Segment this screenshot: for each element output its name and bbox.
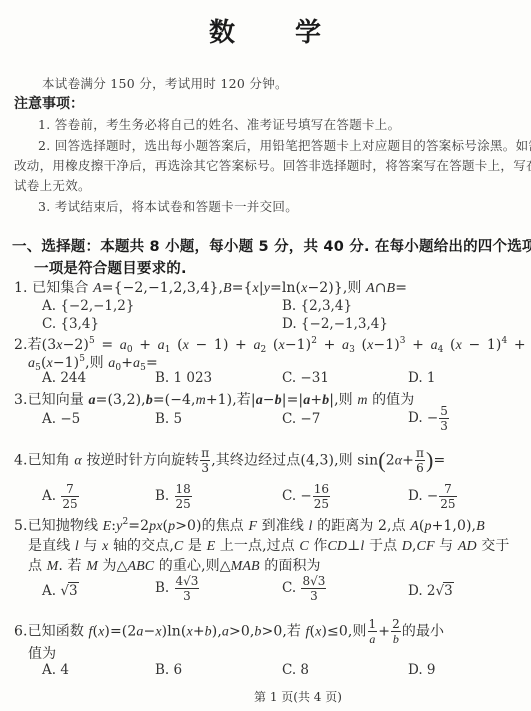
text: 已知函数 <box>28 624 89 640</box>
question-number: 1. <box>14 280 28 296</box>
question-5-stem: 5.已知抛物线 E:y2=2px(p>0)的焦点 F 到准线 l 的距离为 2,… <box>14 515 485 535</box>
text: 已知角 <box>28 453 75 469</box>
text: 已知集合 <box>32 280 93 296</box>
text: ,其终边经过点(4,3),则 sin <box>211 453 378 469</box>
text: 若(3 <box>28 337 57 353</box>
question-1-option-d[interactable]: D. {−2,−1,3,4} <box>282 316 388 332</box>
notice-heading: 注意事项： <box>14 93 84 113</box>
text: 是直线 <box>28 538 75 554</box>
question-number: 5. <box>14 518 28 534</box>
question-number: 2. <box>14 337 28 353</box>
question-1-option-c[interactable]: C. {3,4} <box>42 316 99 332</box>
text: =(3,2), <box>96 392 146 408</box>
question-2-option-a[interactable]: A. 244 <box>42 370 86 386</box>
text: 已知抛物线 <box>28 518 103 534</box>
question-6-option-c[interactable]: C. 8 <box>282 662 309 678</box>
question-2-stem-cont: a5(x−1)5,则 a0+a5= <box>28 352 158 372</box>
question-number: 6. <box>14 624 28 640</box>
question-5-option-c[interactable]: C. 8√33 <box>282 574 327 603</box>
notice-item-3: 3. 考试结束后，将本试卷和答题卡一并交回。 <box>38 197 298 215</box>
fraction: 53 <box>439 404 449 433</box>
text: 的最小 <box>402 624 444 640</box>
fraction: 2b <box>391 617 401 646</box>
question-3-option-c[interactable]: C. −7 <box>282 411 320 427</box>
fraction: 1a <box>368 617 378 646</box>
text: 到准线 <box>257 518 308 534</box>
text: ={ <box>232 280 253 296</box>
question-5-option-a[interactable]: A. √3 <box>42 583 79 599</box>
text: 按逆时针方向旋转 <box>82 453 199 469</box>
text: −2) <box>63 337 89 353</box>
text: ,则 <box>85 355 108 371</box>
question-2-option-b[interactable]: B. 1 023 <box>155 370 212 386</box>
fraction: π6 <box>415 446 425 475</box>
question-5-option-d[interactable]: D. 2√3 <box>408 583 454 599</box>
text: −2)},则 <box>307 280 366 296</box>
text: 上一点,过点 <box>215 538 299 554</box>
notice-item-1: 1. 答卷前，考生务必将自己的姓名、准考证号填写在答题卡上。 <box>38 115 400 133</box>
question-number: 4. <box>14 453 28 469</box>
text: 与 <box>435 538 458 554</box>
text: |,则 <box>329 392 357 408</box>
text: = <box>395 280 407 296</box>
text: + <box>310 392 322 408</box>
text: |=| <box>282 392 303 408</box>
question-6-option-a[interactable]: A. 4 <box>42 662 69 678</box>
text: ={−2,−1,2,3,4}, <box>102 280 223 296</box>
notice-item-2: 2. 回答选择题时，选出每小题答案后，用铅笔把答题卡上对应题目的答案标号涂黑。如… <box>38 136 531 154</box>
text: 的重心,则△ <box>154 558 230 574</box>
text: ∩ <box>375 280 387 296</box>
question-1-stem: 1. 已知集合 A={−2,−1,2,3,4},B={x|y=ln(x−2)},… <box>14 277 407 297</box>
text: =ln( <box>270 280 301 296</box>
text: 轴的交点, <box>108 538 174 554</box>
question-3-stem: 3.已知向量 a=(3,2),b=(−4,m+1),若|a−b|=|a+b|,则… <box>14 389 414 409</box>
notice-item-2-cont2: 试卷上无效。 <box>14 176 91 194</box>
question-5-option-b[interactable]: B. 4√33 <box>155 574 200 603</box>
question-2-stem: 2.若(3x−2)5 = a0 + a1 (x − 1) + a2 (x−1)2… <box>14 334 526 354</box>
text: 的面积为 <box>260 558 321 574</box>
text: 点 <box>28 558 47 574</box>
question-6-stem-cont: 值为 <box>28 643 56 663</box>
question-6-stem: 6.已知函数 f(x)=(2a−x)ln(x+b),a>0,b>0,若 f(x)… <box>14 617 444 646</box>
section-heading-cont: 一项是符合题目要求的. <box>34 257 187 278</box>
question-4-option-b[interactable]: B. 1825 <box>155 482 193 511</box>
text: 与 <box>79 538 102 554</box>
question-3-option-d[interactable]: D. −53 <box>408 404 450 433</box>
text: =(−4, <box>153 392 196 408</box>
text: 的距离为 2,点 <box>313 518 411 534</box>
text: 是 <box>183 538 206 554</box>
question-4-option-c[interactable]: C. −1625 <box>282 482 331 511</box>
question-1-option-b[interactable]: B. {2,3,4} <box>282 298 352 314</box>
text: +1),若| <box>206 392 256 408</box>
question-6-option-b[interactable]: B. 6 <box>155 662 182 678</box>
question-5-stem-line2: 是直线 l 与 x 轴的交点,C 是 E 上一点,过点 C 作CD⊥l 于点 D… <box>28 535 509 555</box>
text: 作 <box>309 538 328 554</box>
exam-intro: 本试卷满分 150 分，考试用时 120 分钟。 <box>42 74 288 92</box>
text: 的焦点 <box>202 518 249 534</box>
section-heading: 一、选择题：本题共 8 小题，每小题 5 分，共 40 分. 在每小题给出的四个… <box>12 235 531 256</box>
question-2-option-d[interactable]: D. 1 <box>408 370 436 386</box>
page-footer: 第 1 页(共 4 页) <box>254 688 342 705</box>
fraction: π3 <box>200 446 210 475</box>
question-3-option-b[interactable]: B. 5 <box>155 411 182 427</box>
question-number: 3. <box>14 392 28 408</box>
text: 为△ <box>98 558 128 574</box>
text: 已知向量 <box>28 392 89 408</box>
question-4-stem: 4.已知角 α 按逆时针方向旋转π3,其终边经过点(4,3),则 sin(2α+… <box>14 446 445 475</box>
question-4-option-a[interactable]: A. 725 <box>42 482 80 511</box>
text: 交于 <box>477 538 510 554</box>
text: 于点 <box>364 538 401 554</box>
question-6-option-d[interactable]: D. 9 <box>408 662 436 678</box>
notice-item-2-cont: 改动，用橡皮擦干净后，再选涂其它答案标号。回答非选择题时，将答案写在答题卡上，写… <box>14 156 531 174</box>
question-4-option-d[interactable]: D. −725 <box>408 482 458 511</box>
title-char-1: 数 <box>209 12 235 49</box>
text: − <box>263 392 275 408</box>
text: . 若 <box>58 558 86 574</box>
question-2-option-c[interactable]: C. −31 <box>282 370 329 386</box>
title-char-2: 学 <box>295 12 321 49</box>
question-1-option-a[interactable]: A. {−2,−1,2} <box>42 298 134 314</box>
question-3-option-a[interactable]: A. −5 <box>42 411 80 427</box>
question-5-stem-line3: 点 M. 若 M 为△ABC 的重心,则△MAB 的面积为 <box>28 555 321 575</box>
